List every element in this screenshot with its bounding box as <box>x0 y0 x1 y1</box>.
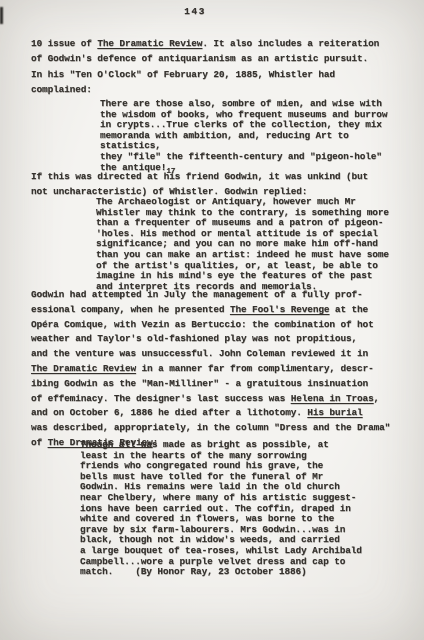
blockquote-funeral-report: Though all was made as bright as possibl… <box>80 440 380 578</box>
underlined-phrase: His burial <box>307 407 362 418</box>
paragraph-july-management: Godwin had attempted in July the managem… <box>31 288 413 451</box>
underlined-publication-title: The Dramatic Review <box>97 38 202 49</box>
scanned-document-page: 143 10 issue of The Dramatic Review. It … <box>0 0 424 640</box>
underlined-play-title: Helena in Troas <box>291 393 374 404</box>
paragraph-godwin-reply-intro: If this was directed at his friend Godwi… <box>31 169 409 200</box>
text-run: 10 issue of <box>31 38 97 49</box>
page-number: 143 <box>0 6 407 17</box>
text-run: There are those also, sombre of mien, an… <box>100 98 387 173</box>
text-run: If this was directed at his friend Godwi… <box>31 171 368 197</box>
underlined-play-title: The Fool's Revenge <box>230 304 329 315</box>
blockquote-godwin-reply: The Archaeologist or Antiquary, however … <box>96 197 406 292</box>
blockquote-whistler-complaint: There are those also, sombre of mien, an… <box>100 99 410 173</box>
underlined-publication-title: The Dramatic Review <box>31 363 136 374</box>
text-run: Though all was made as bright as possibl… <box>80 439 362 577</box>
text-run: The Archaeologist or Antiquary, however … <box>96 196 389 292</box>
paragraph-intro: 10 issue of The Dramatic Review. It also… <box>31 36 409 97</box>
